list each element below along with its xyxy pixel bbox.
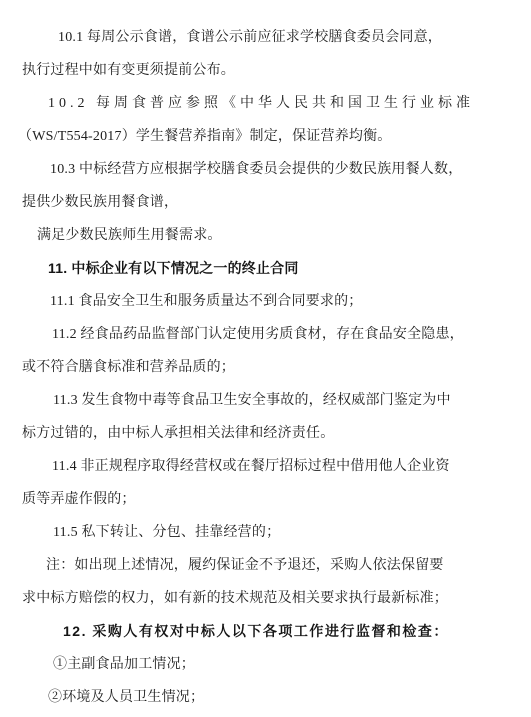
- line-clause-10-3: 10.3 中标经营方应根据学校膳食委员会提供的少数民族用餐人数，: [50, 153, 531, 186]
- line-clause-11-5: 11.5 私下转让、分包、挂靠经营的；: [53, 516, 531, 549]
- line-note-cont: 求中标方赔偿的权力，如有新的技术规范及相关要求执行最新标准；: [22, 582, 531, 615]
- line-item-circled-2: ②环境及人员卫生情况；: [48, 681, 531, 714]
- line-clause-11-4-cont: 质等弄虚作假的；: [22, 483, 531, 516]
- heading-section-12: 12. 采购人有权对中标人以下各项工作进行监督和检查：: [63, 615, 531, 648]
- line-note: 注：如出现上述情况，履约保证金不予退还，采购人依法保留要: [46, 549, 531, 582]
- line-clause-10-2-cont: （WS/T554-2017）学生餐营养指南》制定，保证营养均衡。: [18, 120, 531, 153]
- line-clause-11-2-cont: 或不符合膳食标准和营养品质的；: [22, 351, 531, 384]
- heading-section-11: 11. 中标企业有以下情况之一的终止合同: [48, 252, 531, 285]
- line-clause-10-3-cont2: 满足少数民族师生用餐需求。: [37, 219, 531, 252]
- line-clause-10-1: 10.1 每周公示食谱，食谱公示前应征求学校膳食委员会同意，: [58, 21, 531, 54]
- line-item-circled-1: ①主副食品加工情况；: [53, 648, 531, 681]
- line-clause-11-1: 11.1 食品安全卫生和服务质量达不到合同要求的；: [50, 285, 531, 318]
- line-clause-11-3-cont: 标方过错的，由中标人承担相关法律和经济责任。: [22, 417, 531, 450]
- line-clause-10-1-cont: 执行过程中如有变更须提前公布。: [22, 54, 531, 87]
- line-clause-11-4: 11.4 非正规程序取得经营权或在餐厅招标过程中借用他人企业资: [52, 450, 531, 483]
- document-page: 10.1 每周公示食谱，食谱公示前应征求学校膳食委员会同意， 执行过程中如有变更…: [0, 0, 531, 717]
- line-clause-10-3-cont1: 提供少数民族用餐食谱，: [22, 186, 531, 219]
- line-clause-11-3: 11.3 发生食物中毒等食品卫生安全事故的，经权威部门鉴定为中: [53, 384, 531, 417]
- line-clause-11-2: 11.2 经食品药品监督部门认定使用劣质食材，存在食品安全隐患，: [52, 318, 531, 351]
- line-clause-10-2: 10.2 每周食普应参照《中华人民共和国卫生行业标准: [48, 87, 531, 120]
